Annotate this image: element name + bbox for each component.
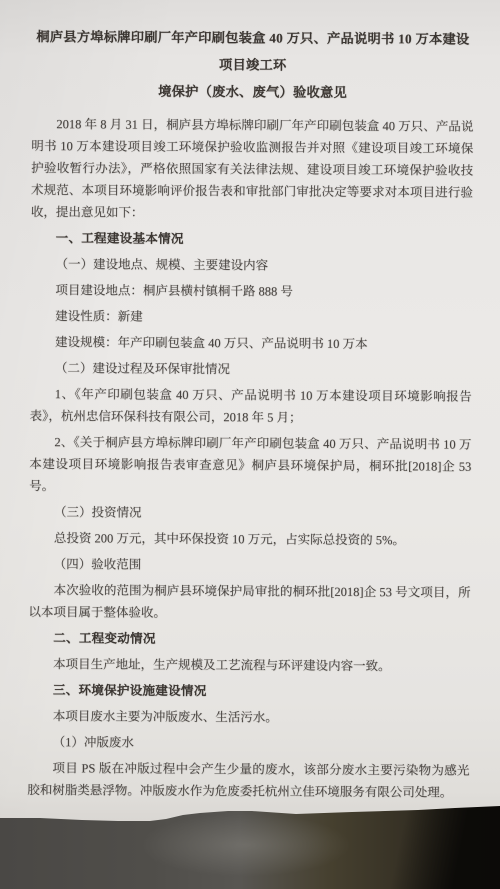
document-subheading: （二）建设过程及环保审批情况: [30, 357, 472, 382]
document-title: 桐庐县方埠标牌印刷厂年产印刷包装盒 40 万只、产品说明书 10 万本建设项目竣…: [32, 23, 474, 107]
document-line: 建设性质：新建: [30, 305, 472, 330]
document-subheading: （1）冲版废水: [28, 731, 470, 756]
document-body: 2018 年 8 月 31 日，桐庐县方埠标牌印刷厂年产印刷包装盒 40 万只、…: [27, 113, 473, 804]
document-subheading: （四）验收范围: [29, 553, 471, 578]
document-title-line-1: 桐庐县方埠标牌印刷厂年产印刷包装盒 40 万只、产品说明书 10 万本建设项目竣…: [32, 23, 474, 80]
document-heading: 三、环境保护设施建设情况: [28, 679, 470, 704]
document-heading: 一、工程建设基本情况: [31, 227, 473, 252]
document-line: 总投资 200 万元，其中环保投资 10 万元，占实际总投资的 5%。: [29, 527, 471, 552]
document-content: 桐庐县方埠标牌印刷厂年产印刷包装盒 40 万只、产品说明书 10 万本建设项目竣…: [27, 23, 474, 808]
document-line: 本项目废水主要为冲版废水、生活污水。: [28, 705, 470, 730]
document-photo: 桐庐县方埠标牌印刷厂年产印刷包装盒 40 万只、产品说明书 10 万本建设项目竣…: [0, 0, 500, 889]
document-line: 本项目生产地址，生产规模及工艺流程与环评建设内容一致。: [28, 653, 470, 678]
document-heading: 二、工程变动情况: [28, 627, 470, 652]
document-paragraph: 2、《关于桐庐县方埠标牌印刷厂年产印刷包装盒 40 万只、产品说明书 10 万本…: [29, 431, 471, 500]
document-title-line-2: 境保护（废水、废气）验收意见: [32, 77, 474, 107]
document-line: 建设规模：年产印刷包装盒 40 万只、产品说明书 10 万本: [30, 331, 472, 356]
document-paragraph: 2018 年 8 月 31 日，桐庐县方埠标牌印刷厂年产印刷包装盒 40 万只、…: [31, 113, 474, 226]
document-line: 项目建设地点：桐庐县横村镇桐千路 888 号: [30, 279, 472, 304]
document-subheading: （三）投资情况: [29, 501, 471, 526]
document-subheading: （一）建设地点、规模、主要建设内容: [30, 253, 472, 278]
document-paragraph: 本次验收的范围为桐庐县环境保护局审批的桐环批[2018]企 53 号文项目，所以…: [28, 579, 470, 626]
document-paragraph: 项目 PS 版在冲版过程中会产生少量的废水，该部分废水主要污染物为感光胶和树脂类…: [27, 757, 469, 804]
document-paragraph: 1、《年产印刷包装盒 40 万只、产品说明书 10 万本建设项目环境影响报告表》…: [30, 383, 472, 430]
